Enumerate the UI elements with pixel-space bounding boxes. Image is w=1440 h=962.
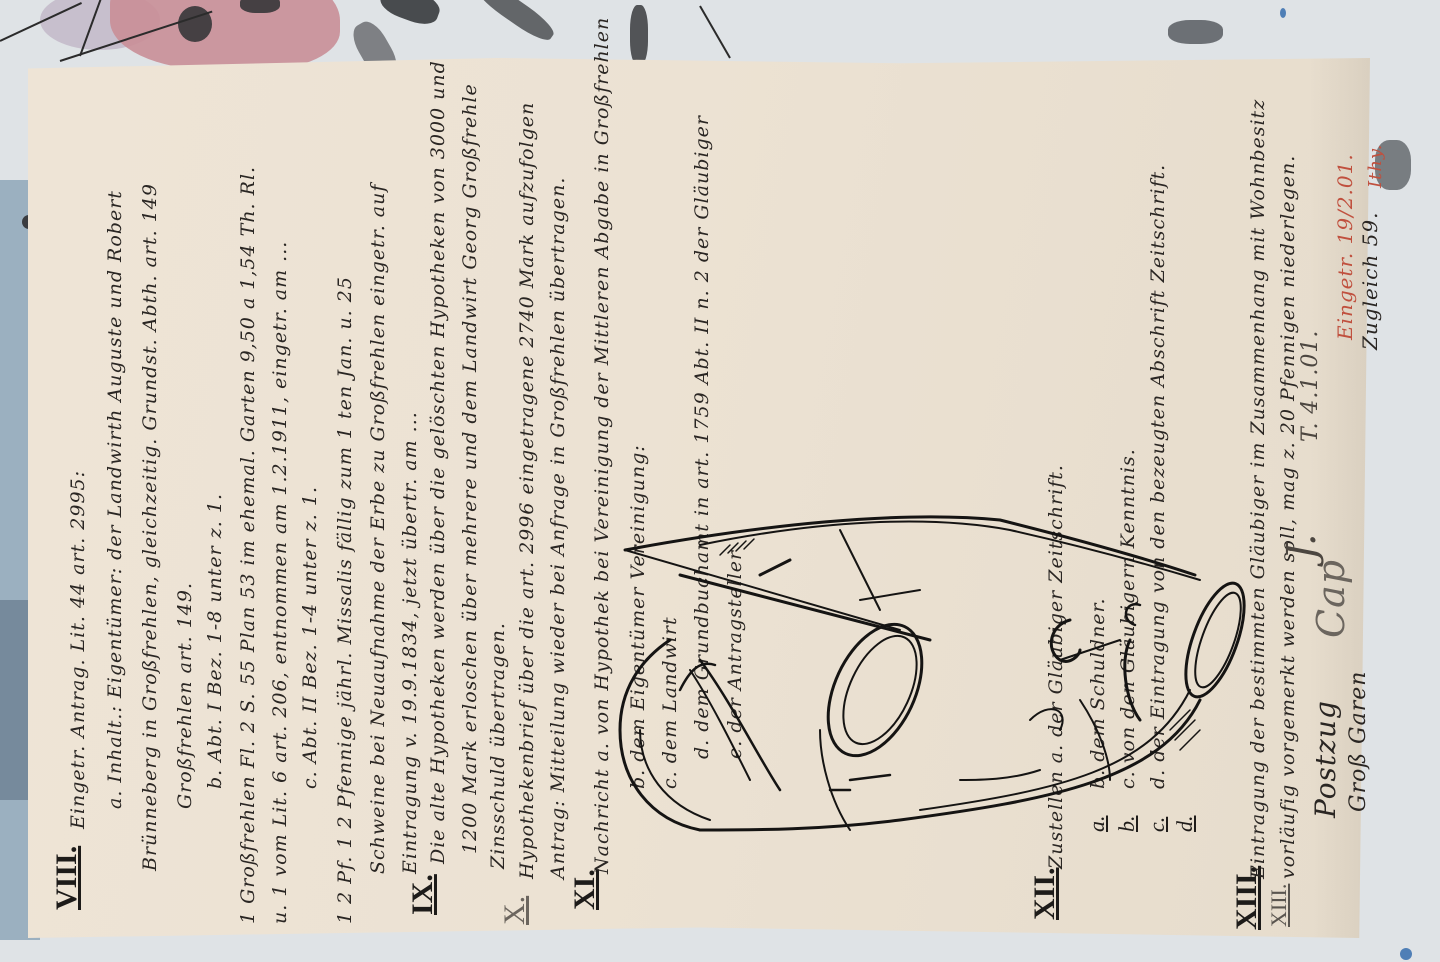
text-line: b. Abt. I Bez. 1-8 unter z. 1. [206, 493, 225, 789]
closing-date: T. 4.1.01. [1300, 330, 1322, 442]
signature-initial: J. [1282, 532, 1322, 560]
text-line: Eingetr. Antrag. Lit. 44 art. 2995: [69, 470, 88, 829]
paint-drop [1400, 948, 1412, 960]
text-line: Hypothekenbrief über die art. 2996 einge… [518, 102, 537, 879]
signature-place: Groß Garen [1348, 671, 1370, 812]
text-line: c. von den Gläubigern Kenntnis. [1119, 448, 1138, 789]
section-numeral-ix: IX. [408, 874, 438, 915]
text-line: e. der Antragsteller [726, 550, 745, 759]
text-line: Die alte Hypotheken werden über die gelö… [429, 60, 448, 864]
text-line: Zinsschuld übertragen. [489, 622, 508, 869]
annotation-number: Zugleich 59. [1360, 212, 1380, 350]
ink-blot [1168, 20, 1223, 44]
ink-stroke [377, 0, 444, 29]
text-line: Antrag: Mitteilung wieder bei Anfrage in… [549, 177, 568, 879]
text-line: 1 2 Pf. 1 2 Pfennige jährl. Missalis fäl… [336, 276, 355, 924]
ink-line [699, 6, 731, 59]
section-numeral-xii: XII. [1030, 867, 1060, 920]
red-annotation-initials: Ithy. [1367, 144, 1385, 188]
text-line: Großfrehlen art. 149. [176, 582, 195, 809]
paint-drop [1280, 8, 1286, 18]
text-line: Schweine bei Neuaufnahme der Erbe zu Gro… [369, 184, 388, 874]
text-line: 1200 Mark erloschen über mehrere und dem… [461, 83, 480, 854]
section-numeral-xi: XI. [570, 869, 600, 910]
list-marker-d: d. [1174, 816, 1196, 833]
text-line: c. dem Landwirt [661, 616, 680, 789]
ink-blot [240, 0, 280, 13]
text-line: Nachricht a. von Hypothek bei Vereinigun… [593, 17, 612, 874]
text-line: u. 1 vom Lit. 6 art. 206, entnommen am 1… [271, 241, 290, 924]
list-marker-b: b. [1116, 816, 1138, 833]
ink-stroke [630, 5, 648, 65]
pencil-signature: Cap [1312, 559, 1350, 638]
text-line: b. dem Schuldner. [1089, 597, 1108, 789]
text-line: Eintragung der bestimmten Gläubiger im Z… [1249, 99, 1268, 879]
text-line: Brünneberg in Großfrehlen, gleichzeitig.… [141, 183, 160, 871]
text-line: d. dem Grundbuchamt in art. 1759 Abt. II… [693, 115, 712, 759]
section-numeral-xiii-pencil: XIII. [1268, 884, 1290, 927]
text-line: 1 Großfrehlen Fl. 2 S. 55 Plan 53 im ehe… [239, 166, 258, 924]
text-line: d. der Eintragung von den bezeugten Absc… [1149, 164, 1168, 789]
red-annotation-received: Eingetr. 19/2.01. [1335, 153, 1355, 340]
paint-splash-pink [110, 0, 340, 70]
section-numeral-viii: VIII. [52, 846, 82, 910]
text-line: Eintragung v. 19.9.1834, jetzt übertr. a… [401, 411, 420, 874]
section-numeral-x: X. [500, 896, 530, 925]
text-line: a. Inhalt.: Eigentümer: der Landwirth Au… [106, 190, 125, 809]
ink-stroke [472, 0, 558, 46]
text-line: b. dem Eigentümer Vereinigung: [629, 444, 648, 789]
text-line: vorläufig vorgemerkt werden soll, mag z.… [1279, 155, 1298, 879]
text-line: Zustellen a. der Gläubiger Zeitschrift. [1047, 464, 1066, 869]
text-line: c. Abt. II Bez. 1-4 unter z. 1. [301, 486, 320, 789]
signature-name: Postzug [1312, 700, 1340, 818]
list-marker-c: c. [1146, 817, 1168, 832]
list-marker-a: a. [1086, 816, 1108, 833]
